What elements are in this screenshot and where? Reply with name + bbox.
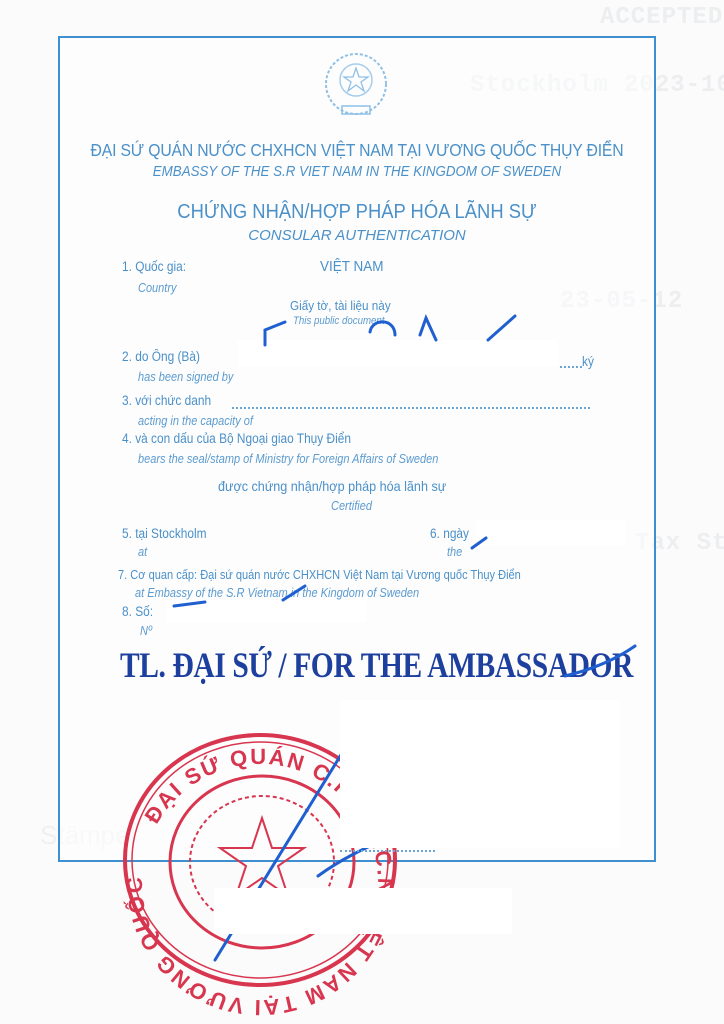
redacted-signature bbox=[340, 700, 620, 848]
svg-text:ĐẠI SỨ QUÁN C.H.X.H.C.N VIỆT N: ĐẠI SỨ QUÁN C.H.X.H.C.N VIỆT NAM TẠI VƯƠ… bbox=[0, 0, 398, 1020]
embassy-seal-icon: ĐẠI SỨ QUÁN C.H.X.H.C.N VIỆT NAM TẠI VƯƠ… bbox=[0, 0, 724, 1024]
redacted-signer-printed-name bbox=[214, 888, 512, 934]
